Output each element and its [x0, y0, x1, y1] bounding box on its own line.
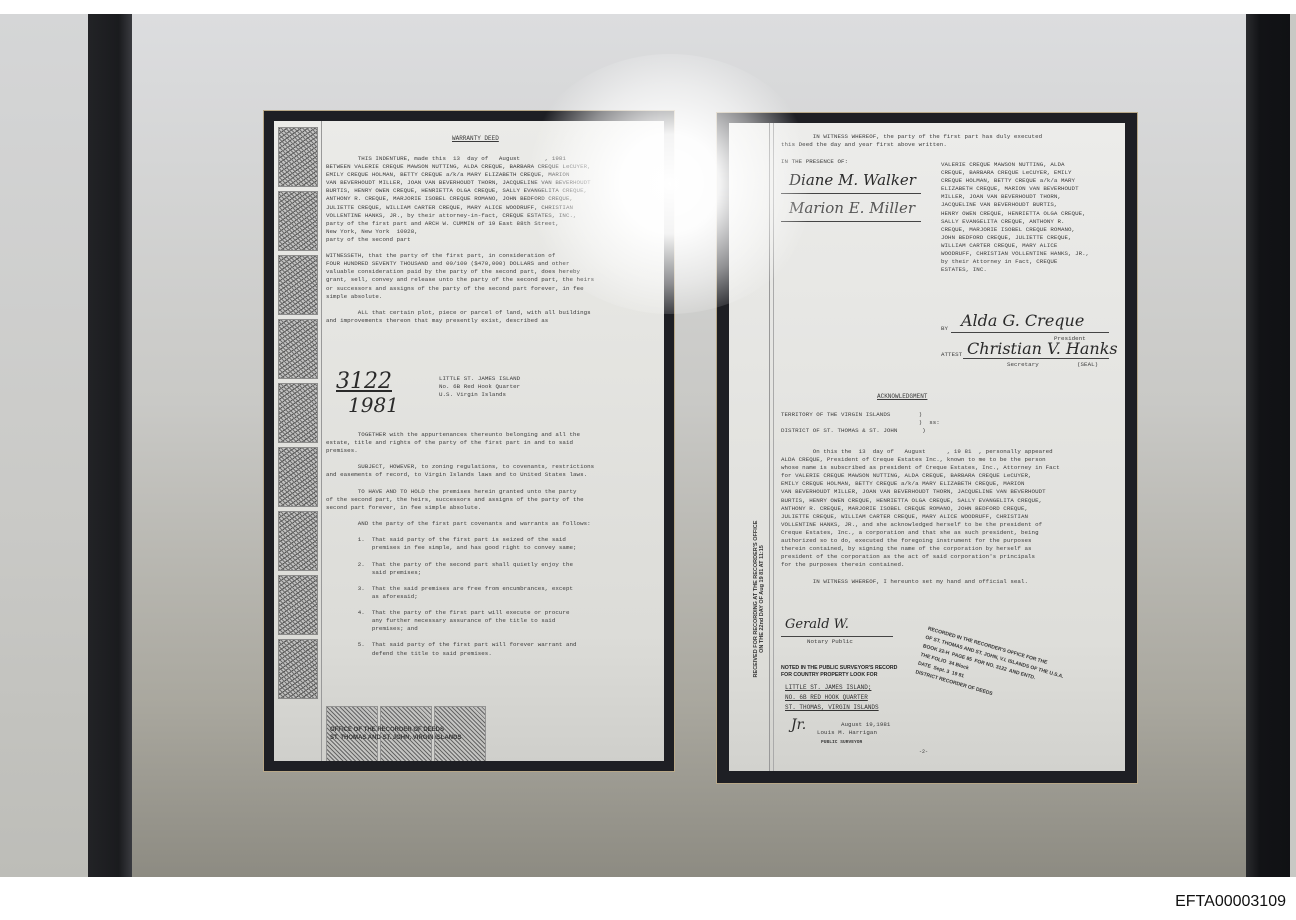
recorded-stamp: RECORDED IN THE RECORDER'S OFFICE FOR TH… [914, 625, 1067, 716]
by-label: BY [941, 325, 948, 333]
left-page-mat: WARRANTY DEED THIS INDENTURE, made this … [263, 110, 675, 772]
handwritten-record-year: 1981 [348, 393, 399, 417]
secretary-signature: Christian V. Hanks [967, 339, 1118, 358]
signature-line [963, 358, 1109, 359]
received-for-recording-stamp: RECEIVED FOR RECORDING AT THE RECORDER'S… [753, 449, 765, 749]
signature-line [781, 193, 921, 194]
surveyor-date: August 19,1981 [841, 721, 890, 729]
warranty-deed-page-1: WARRANTY DEED THIS INDENTURE, made this … [274, 121, 664, 761]
attest-label: ATTEST [941, 351, 962, 359]
signature-line [781, 221, 921, 222]
acknowledgment-body: On this the 13 day of August , 19 81 , p… [781, 448, 1060, 586]
margin-line [769, 123, 770, 771]
margin-line [321, 121, 322, 761]
witness-signature-2: Marion E. Miller [789, 199, 915, 217]
property-description: LITTLE ST. JAMES ISLAND No. 6B Red Hook … [439, 375, 520, 399]
document-id: EFTA00003109 [1175, 893, 1286, 911]
in-witness-clause: IN WITNESS WHEREOF, the party of the fir… [781, 133, 1042, 149]
surveyor-name: Louis M. Harrigan [817, 729, 877, 737]
frame-right-edge [1246, 14, 1292, 877]
page-number: -2- [919, 749, 928, 755]
presence-label: IN THE PRESENCE OF: [781, 158, 848, 166]
president-signature: Alda G. Creque [961, 311, 1084, 330]
surveyor-label: PUBLIC SURVEYOR [821, 739, 862, 747]
right-page-mat: RECEIVED FOR RECORDING AT THE RECORDER'S… [716, 112, 1138, 784]
acknowledgment-venue: TERRITORY OF THE VIRGIN ISLANDS ) ) ss: … [781, 411, 940, 435]
recorder-office-stamp-text: OFFICE OF THE RECORDER OF DEEDS ST. THOM… [330, 726, 461, 742]
grantor-names: VALERIE CREQUE MAWSON NUTTING, ALDA CREQ… [941, 161, 1089, 274]
wall [0, 14, 90, 877]
margin-line [773, 123, 774, 771]
secretary-label: Secretary [1007, 361, 1039, 369]
signature-line [951, 332, 1109, 333]
signature-line [781, 636, 893, 637]
handwritten-record-number: 3122 [336, 369, 392, 394]
warranty-deed-page-2: RECEIVED FOR RECORDING AT THE RECORDER'S… [729, 123, 1125, 771]
revenue-stamps-column [278, 127, 318, 707]
frame-left-edge [88, 14, 132, 877]
deed-title: WARRANTY DEED [452, 135, 499, 142]
witness-signature-1: Diane M. Walker [789, 171, 916, 189]
deed-body-part2: TOGETHER with the appurtenances thereunt… [326, 431, 594, 658]
deed-body-part1: THIS INDENTURE, made this 13 day of Augu… [326, 155, 594, 325]
seal-label: (SEAL) [1077, 361, 1098, 369]
surveyor-signature-mark: Jr. [791, 717, 806, 733]
wall-right [1290, 14, 1296, 877]
surveyor-property-lines: LITTLE ST. JAMES ISLAND; NO. 6B RED HOOK… [785, 683, 879, 713]
notary-signature: Gerald W. [785, 617, 849, 632]
acknowledgment-title: ACKNOWLEDGMENT [877, 393, 927, 400]
surveyor-noted-text: NOTED IN THE PUBLIC SURVEYOR'S RECORD FO… [781, 665, 897, 679]
notary-label: Notary Public [807, 638, 853, 646]
framed-deed-photo: WARRANTY DEED THIS INDENTURE, made this … [0, 14, 1296, 877]
